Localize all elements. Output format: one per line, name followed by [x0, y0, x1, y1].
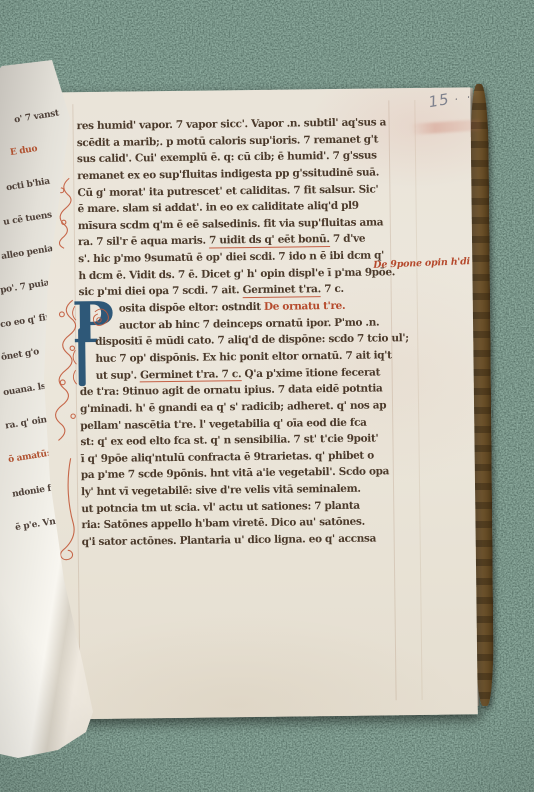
manuscript-page: 15· · P: [30, 87, 478, 719]
prev-folio-text-fragment: ra. q' oint: [5, 414, 52, 431]
body-text: ut potncia tm ut scia. vl' actu ut satio…: [81, 499, 360, 514]
body-text: g'minadi. h' ē gnandi ea q' s' radicib; …: [80, 399, 386, 415]
prev-folio-text-fragment: octi b'hia: [5, 177, 50, 194]
body-text: st: q' ex eod elto fca st. q' n sensibil…: [80, 433, 378, 449]
body-text: Q'a p'xime ītione fecerat: [241, 366, 380, 380]
body-text: sic p'mi diei opa 7 scdi. 7 ait.: [79, 285, 243, 299]
body-text: ē mare. slam si addat'. in eo ex calidit…: [78, 200, 359, 215]
body-text: dispositī ē mūdi cato. 7 aliq'd de dispō…: [95, 332, 409, 348]
body-text: osita dispōe eltor: ostndit: [119, 301, 264, 315]
prev-folio-text-fragment: alleo penia: [1, 244, 54, 262]
prev-folio-text-fragment: o' 7 vanst: [13, 109, 59, 126]
prev-folio-rubric-fragment: E duo: [9, 144, 38, 158]
body-text: h dcm ē. Vidit ds. 7 ē. Dicet g' h' opin…: [78, 266, 395, 282]
body-text: 7 d've: [330, 233, 366, 245]
body-text: Germinet t'ra.: [243, 284, 321, 298]
body-text: pa p'me 7 scde 9pōnis. hnt vitā a'ie veg…: [81, 466, 389, 482]
body-text: ut sup'.: [96, 369, 141, 382]
text-block: res humid' vapor. 7 vapor sicc'. Vapor .…: [77, 114, 408, 551]
ink-offset-smudge: [410, 119, 481, 134]
body-text: q'i sator actōnes. Plantaria u' dico lig…: [82, 533, 376, 549]
body-text: pellam' nascētia t're. l' vegetabilia q'…: [80, 416, 366, 431]
body-text: ī q' 9pōe aliq'ntulū confracta ē 9trarie…: [81, 449, 374, 465]
folio-dots: · ·: [454, 92, 474, 106]
body-text: de t'ra: 9tinuo agit de ornatu ipius. 7 …: [80, 383, 383, 399]
body-text: res humid' vapor. 7 vapor sicc'. Vapor .…: [77, 116, 387, 132]
body-text: Germinet t'ra. 7 c.: [140, 368, 241, 383]
body-text: scēdit a marib;. p motū caloris sup'iori…: [77, 133, 378, 149]
body-text: mīsura scdm q'm ē eē salsedinis. fit via…: [78, 216, 383, 232]
folio-number-text: 15: [427, 90, 451, 111]
body-text: Cū g' morat' ita putrescet' et caliditas…: [77, 183, 378, 199]
body-text: auctor ab hinc 7 deinceps ornatū ipor. P…: [119, 316, 379, 331]
body-text: remanet ex eo sup'fluitas indigesta pp g…: [77, 166, 379, 182]
body-text: 7 c.: [321, 283, 344, 295]
body-text: huc 7 op' dispōnis. Ex hic ponit eltor o…: [95, 349, 391, 365]
ruling-line: [414, 100, 422, 700]
photo-scene: 15· · P: [0, 0, 534, 792]
prev-folio-text-fragment: u cē tuens: [3, 210, 53, 228]
body-text: s'. hic p'mo 9sumatū ē op' diei scdi. 7 …: [78, 250, 384, 266]
prev-folio-text-fragment: po'. 7 puia: [0, 278, 50, 296]
prev-folio-rubric-fragment: ō amatū:: [7, 449, 50, 465]
body-text: sus calid'. Cui' exemplū ē. q: cū cib; ē…: [77, 150, 377, 166]
body-text: ria: Satōnes appello h'bam viretē. Dico …: [81, 516, 365, 531]
prev-folio-text-fragment: ē p'e. Vn: [14, 517, 56, 533]
folio-number: 15· ·: [427, 86, 474, 111]
prev-folio-text-fragment: ōnet g'o: [0, 347, 39, 363]
manuscript-line: q'i sator actōnes. Plantaria u' dico lig…: [82, 530, 408, 551]
rubric-text: De ornatu t're.: [264, 300, 345, 313]
body-text: ly' hnt vī vegetabilē: sive d're velis v…: [81, 483, 361, 498]
body-text: ra. 7 sil'r ē aqua maris.: [78, 235, 209, 249]
body-text: 7 uidit ds q' eēt bonū.: [209, 234, 330, 249]
